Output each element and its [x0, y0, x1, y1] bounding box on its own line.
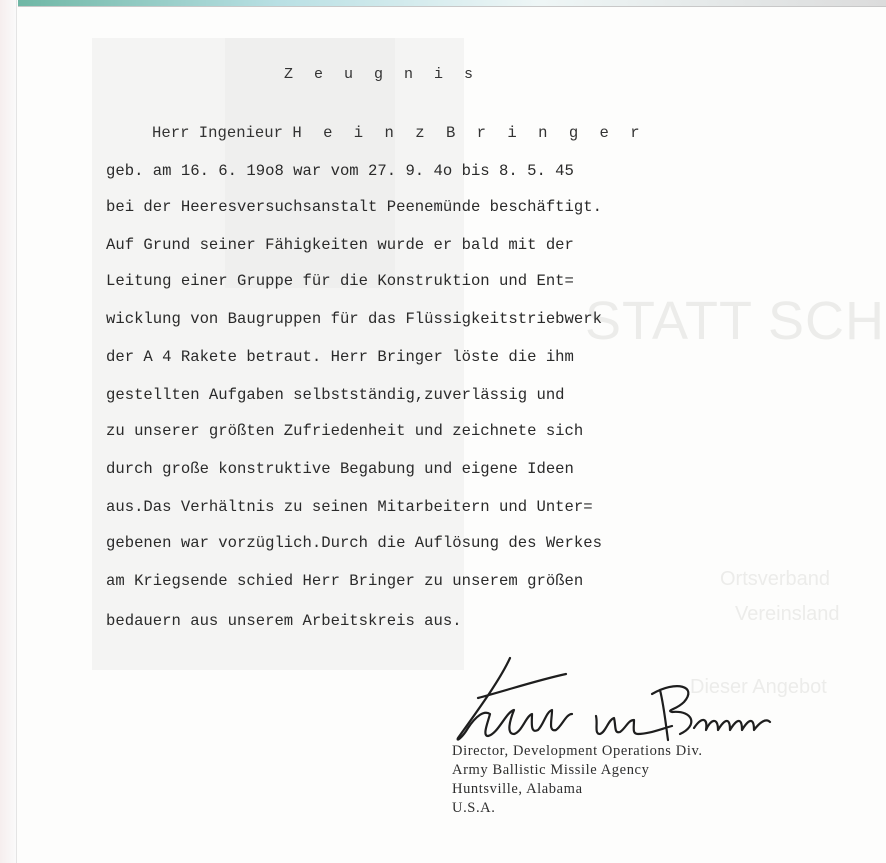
signatory-city: Huntsville, Alabama — [452, 780, 703, 799]
recipient-line: Herr Ingenieur H e i n z B r i n g e r — [152, 124, 646, 142]
body-line: wicklung von Baugruppen für das Flüssigk… — [106, 310, 602, 328]
body-line: aus.Das Verhältnis zu seinen Mitarbeiter… — [106, 498, 593, 516]
handwritten-signature-icon: Wernher von Braun — [448, 650, 788, 745]
signatory-country: U.S.A. — [452, 799, 703, 818]
body-line: gestellten Aufgaben selbstständig,zuverl… — [106, 386, 565, 404]
body-line: der A 4 Rakete betraut. Herr Bringer lös… — [106, 348, 574, 366]
bleed-through-heading: STATT SCH — [585, 290, 885, 352]
body-line: bedauern aus unserem Arbeitskreis aus. — [106, 612, 462, 630]
body-line: zu unserer größten Zufriedenheit und zei… — [106, 422, 583, 440]
page-left-margin — [0, 0, 17, 863]
recipient-name: H e i n z B r i n g e r — [292, 124, 645, 142]
recipient-prefix: Herr Ingenieur — [152, 124, 283, 142]
bleed-through-fragment: Vereinsland — [735, 603, 840, 626]
page-top-edge — [18, 0, 886, 7]
signatory-title: Director, Development Operations Div. — [452, 742, 703, 761]
scanned-page: STATT SCH Vereinsland Ortsverband Dieser… — [0, 0, 886, 863]
body-line: bei der Heeresversuchsanstalt Peenemünde… — [106, 198, 602, 216]
bleed-through-fragment: Ortsverband — [720, 568, 830, 591]
body-line: Auf Grund seiner Fähigkeiten wurde er ba… — [106, 236, 574, 254]
body-line: gebenen war vorzüglich.Durch die Auflösu… — [106, 534, 602, 552]
body-line: Leitung einer Gruppe für die Konstruktio… — [106, 272, 574, 290]
body-line: durch große konstruktive Begabung und ei… — [106, 460, 574, 478]
signatory-block: Director, Development Operations Div. Ar… — [452, 742, 703, 818]
body-line: am Kriegsende schied Herr Bringer zu uns… — [106, 572, 583, 590]
signatory-agency: Army Ballistic Missile Agency — [452, 761, 703, 780]
body-line: geb. am 16. 6. 19o8 war vom 27. 9. 4o bi… — [106, 162, 574, 180]
document-title: Z e u g n i s — [284, 66, 479, 83]
